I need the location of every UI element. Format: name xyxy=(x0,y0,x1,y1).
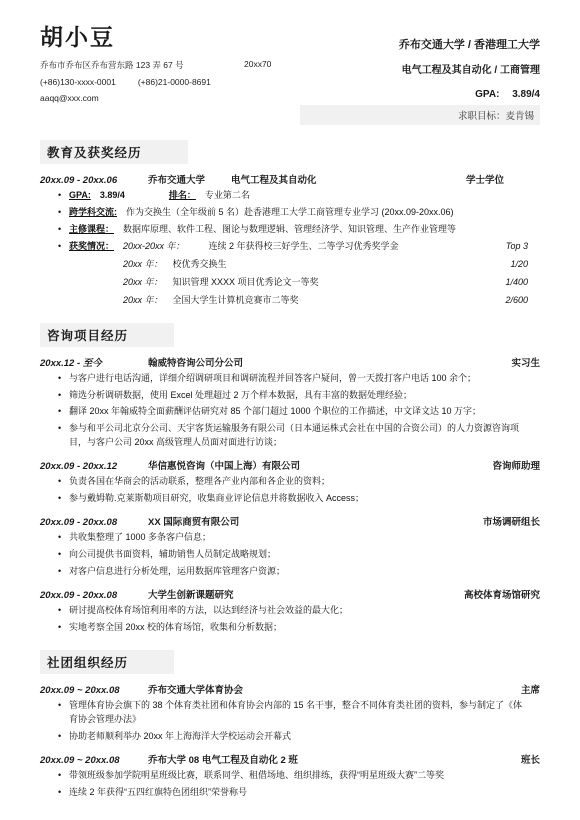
header-left: 胡小豆 乔布市乔布区乔布营东路 123 弄 67 号 20xx70 (+86)1… xyxy=(40,24,299,125)
entry-header: 20xx.12 - 至今 翰威特咨询公司分公司 实习生 xyxy=(40,355,540,369)
bullet-gpa: • GPA:3.89/4排名：专业第二名 xyxy=(58,189,528,203)
award-period: 20xx 年： xyxy=(123,276,163,290)
address: 乔布市乔布区乔布营东路 123 弄 67 号 xyxy=(40,59,222,73)
award-period: 20xx 年： xyxy=(123,294,163,308)
courses-row: 主修课程：数据库原理、软件工程、图论与数理逻辑、管理经济学、知识管理、生产作业管… xyxy=(69,223,528,237)
bullet-marker-icon: • xyxy=(58,565,69,579)
entry-org: 华信惠悦咨询（中国上海）有限公司 xyxy=(148,458,300,472)
entry-date: 20xx.09 - 20xx.08 xyxy=(40,517,132,528)
gpa-label: GPA: xyxy=(475,89,499,100)
section-title: 社团组织经历 xyxy=(40,650,174,674)
bullet-text: 参与和平公司北京分公司、天宇客货运输服务有限公司（日本通运株式会社在中国的合资公… xyxy=(69,422,528,450)
bullet-marker-icon: • xyxy=(58,206,69,220)
entry-org: 乔布大学 08 电气工程及自动化 2 班 xyxy=(148,752,298,766)
bullet-text: 管理体育协会旗下的 38 个体育类社团和体育协会内部的 15 名干事，整合不同体… xyxy=(69,699,528,727)
bullet-item: •负责各国在华商会的活动联系，整理各产业内部和各企业的资料； xyxy=(58,475,528,489)
bullet-exchange: • 跨学科交流:作为交换生（全年级前 5 名）赴香港理工大学工商管理专业学习 (… xyxy=(58,206,528,220)
bullet-item: •协助老师顺利举办 20xx 年上海海洋大学校运动会开幕式 xyxy=(58,730,528,744)
bullet-marker-icon: • xyxy=(58,621,69,635)
awards-label: 获奖情况： xyxy=(69,240,114,308)
entry-role: 咨询师助理 xyxy=(492,458,540,472)
club-entry: 20xx.09 ~ 20xx.08 乔布大学 08 电气工程及自动化 2 班 班… xyxy=(40,752,540,800)
bullet-marker-icon: • xyxy=(58,531,69,545)
header-right: 乔布交通大学 / 香港理工大学 电气工程及其自动化 / 工商管理 GPA: 3.… xyxy=(299,24,540,125)
award-row: 20xx 年： 校优秀交换生 1/20 xyxy=(123,258,528,272)
email: aaqq@xxx.com xyxy=(40,93,299,103)
rank-label: 排名： xyxy=(169,190,196,200)
bullet-text: 翻译 20xx 年翰威特全面薪酬评估研究对 85 个部门超过 1000 个职位的… xyxy=(69,405,528,419)
bullet-item: •管理体育协会旗下的 38 个体育类社团和体育协会内部的 15 名干事，整合不同… xyxy=(58,699,528,727)
entry-header: 20xx.09 - 20xx.08 XX 国际商贸有限公司 市场调研组长 xyxy=(40,514,540,528)
exchange-text: 作为交换生（全年级前 5 名）赴香港理工大学工商管理专业学习 (20xx.09-… xyxy=(126,207,454,217)
bullet-item: •带领班级参加学院明星班级比赛，联系同学、租借场地、组织排练，获得“明星班级大赛… xyxy=(58,769,528,783)
award-text: 连续 2 年获得校三好学生、二等学习优秀奖学金 xyxy=(209,240,399,254)
entry-role: 实习生 xyxy=(511,355,540,369)
bullet-text: 共收集整理了 1000 多条客户信息； xyxy=(69,531,528,545)
section-title: 咨询项目经历 xyxy=(40,323,174,347)
entry-bullets: •共收集整理了 1000 多条客户信息； •向公司提供书面资料，辅助销售人员制定… xyxy=(40,531,540,579)
gpa-value: 3.89/4 xyxy=(512,89,540,100)
section-title: 教育及获奖经历 xyxy=(40,140,188,164)
award-rank: 2/600 xyxy=(497,294,528,308)
award-row: 20xx 年： 知识管理 XXXX 项目优秀论文一等奖 1/400 xyxy=(123,276,528,290)
entry-role: 学士学位 xyxy=(466,172,504,186)
entry-date: 20xx.09 - 20xx.12 xyxy=(40,461,132,472)
bullet-marker-icon: • xyxy=(58,189,69,203)
entry-bullets: •管理体育协会旗下的 38 个体育类社团和体育协会内部的 15 名干事，整合不同… xyxy=(40,699,540,744)
bullet-item: •共收集整理了 1000 多条客户信息； xyxy=(58,531,528,545)
majors-line: 电气工程及其自动化 / 工商管理 xyxy=(299,61,540,76)
bullet-text: 参与戴姆勒.克莱斯勒项目研究，收集商业评论信息并将数据收入 Access； xyxy=(69,492,528,506)
entry-header: 20xx.09 - 20xx.08 大学生创新课题研究 高校体育场馆研究 xyxy=(40,587,540,601)
bullet-marker-icon: • xyxy=(58,240,69,308)
entry-header: 20xx.09 - 20xx.12 华信惠悦咨询（中国上海）有限公司 咨询师助理 xyxy=(40,458,540,472)
entry-detail: 电气工程及其自动化 xyxy=(231,172,317,186)
award-rank: 1/400 xyxy=(497,276,528,290)
bullet-marker-icon: • xyxy=(58,699,69,727)
bullet-text: 协助老师顺利举办 20xx 年上海海洋大学校运动会开幕式 xyxy=(69,730,528,744)
bullet-courses: • 主修课程：数据库原理、软件工程、图论与数理逻辑、管理经济学、知识管理、生产作… xyxy=(58,223,528,237)
entry-role: 主席 xyxy=(521,682,540,696)
bullet-item: •连续 2 年获得“五四红旗特色团组织”荣誉称号 xyxy=(58,786,528,800)
bullet-item: •与客户进行电话沟通，详细介绍调研项目和调研流程并回答客户疑问，曾一天拨打客户电… xyxy=(58,372,528,386)
phone-primary: (+86)130-xxxx-0001 xyxy=(40,77,116,87)
bullet-item: •筛选分析调研数据，使用 Excel 处理超过 2 万个样本数据，具有丰富的数据… xyxy=(58,389,528,403)
gpa-row-value: 3.89/4 xyxy=(100,190,125,200)
gpa-row: GPA:3.89/4排名：专业第二名 xyxy=(69,189,528,203)
award-text: 全国大学生计算机竞赛市二等奖 xyxy=(173,294,299,308)
education-bullets: • GPA:3.89/4排名：专业第二名 • 跨学科交流:作为交换生（全年级前 … xyxy=(40,189,540,308)
award-period: 20xx 年： xyxy=(123,258,163,272)
bullet-marker-icon: • xyxy=(58,492,69,506)
bullet-text: 研讨提高校体育场馆利用率的方法，以达到经济与社会效益的最大化； xyxy=(69,604,528,618)
bullet-text: 与客户进行电话沟通，详细介绍调研项目和调研流程并回答客户疑问，曾一天拨打客户电话… xyxy=(69,372,528,386)
entry-date: 20xx.12 - 至今 xyxy=(40,355,132,369)
gpa-row-label: GPA: xyxy=(69,190,91,200)
awards-list: 20xx-20xx 年： 连续 2 年获得校三好学生、二等学习优秀奖学金 Top… xyxy=(123,240,528,308)
bullet-marker-icon: • xyxy=(58,548,69,562)
resume-header: 胡小豆 乔布市乔布区乔布营东路 123 弄 67 号 20xx70 (+86)1… xyxy=(40,24,540,125)
address-row: 乔布市乔布区乔布营东路 123 弄 67 号 20xx70 xyxy=(40,59,299,73)
entry-date: 20xx.09 - 20xx.06 xyxy=(40,175,132,186)
bullet-text: 对客户信息进行分析处理，运用数据库管理客户资源； xyxy=(69,565,528,579)
entry-bullets: •带领班级参加学院明星班级比赛，联系同学、租借场地、组织排练，获得“明星班级大赛… xyxy=(40,769,540,800)
bullet-text: 连续 2 年获得“五四红旗特色团组织”荣誉称号 xyxy=(69,786,528,800)
bullet-marker-icon: • xyxy=(58,786,69,800)
postal-code: 20xx70 xyxy=(244,59,271,73)
bullet-item: •翻译 20xx 年翰威特全面薪酬评估研究对 85 个部门超过 1000 个职位… xyxy=(58,405,528,419)
bullet-text: 实地考察全国 20xx 校的体育场馆，收集和分析数据； xyxy=(69,621,528,635)
courses-text: 数据库原理、软件工程、图论与数理逻辑、管理经济学、知识管理、生产作业管理等 xyxy=(123,224,456,234)
entry-date: 20xx.09 ~ 20xx.08 xyxy=(40,755,132,766)
entry-role: 高校体育场馆研究 xyxy=(464,587,540,601)
entry-bullets: •研讨提高校体育场馆利用率的方法，以达到经济与社会效益的最大化； •实地考察全国… xyxy=(40,604,540,635)
bullet-marker-icon: • xyxy=(58,372,69,386)
bullet-text: 负责各国在华商会的活动联系，整理各产业内部和各企业的资料； xyxy=(69,475,528,489)
bullet-marker-icon: • xyxy=(58,223,69,237)
bullet-awards: • 获奖情况： 20xx-20xx 年： 连续 2 年获得校三好学生、二等学习优… xyxy=(58,240,528,308)
phone-secondary: (+86)21-0000-8691 xyxy=(138,77,211,87)
resume-page: 胡小豆 乔布市乔布区乔布营东路 123 弄 67 号 20xx70 (+86)1… xyxy=(0,0,580,820)
consulting-entry: 20xx.09 - 20xx.08 大学生创新课题研究 高校体育场馆研究 •研讨… xyxy=(40,587,540,635)
bullet-marker-icon: • xyxy=(58,405,69,419)
section-consulting: 咨询项目经历 20xx.12 - 至今 翰威特咨询公司分公司 实习生 •与客户进… xyxy=(40,323,540,635)
education-entry: 20xx.09 - 20xx.06 乔布交通大学 电气工程及其自动化 学士学位 … xyxy=(40,172,540,308)
entry-org: XX 国际商贸有限公司 xyxy=(148,514,239,528)
bullet-text: 筛选分析调研数据，使用 Excel 处理超过 2 万个样本数据，具有丰富的数据处… xyxy=(69,389,528,403)
entry-header: 20xx.09 ~ 20xx.08 乔布交通大学体育协会 主席 xyxy=(40,682,540,696)
exchange-label: 跨学科交流: xyxy=(69,207,117,217)
award-row: 20xx-20xx 年： 连续 2 年获得校三好学生、二等学习优秀奖学金 Top… xyxy=(123,240,528,254)
entry-header: 20xx.09 - 20xx.06 乔布交通大学 电气工程及其自动化 学士学位 xyxy=(40,172,540,186)
entry-date: 20xx.09 - 20xx.08 xyxy=(40,590,132,601)
award-row: 20xx 年： 全国大学生计算机竞赛市二等奖 2/600 xyxy=(123,294,528,308)
entry-role: 市场调研组长 xyxy=(483,514,540,528)
bullet-text: 向公司提供书面资料，辅助销售人员制定战略规划； xyxy=(69,548,528,562)
universities-line: 乔布交通大学 / 香港理工大学 xyxy=(299,36,540,52)
entry-org: 翰威特咨询公司分公司 xyxy=(148,355,243,369)
bullet-marker-icon: • xyxy=(58,769,69,783)
entry-date: 20xx.09 ~ 20xx.08 xyxy=(40,685,132,696)
award-period: 20xx-20xx 年： xyxy=(123,240,185,254)
entry-role: 班长 xyxy=(521,752,540,766)
entry-org: 乔布交通大学体育协会 xyxy=(148,682,243,696)
phone-row: (+86)130-xxxx-0001 (+86)21-0000-8691 xyxy=(40,77,299,87)
entry-org: 乔布交通大学 xyxy=(148,172,205,186)
bullet-marker-icon: • xyxy=(58,730,69,744)
exchange-row: 跨学科交流:作为交换生（全年级前 5 名）赴香港理工大学工商管理专业学习 (20… xyxy=(69,206,528,220)
club-entry: 20xx.09 ~ 20xx.08 乔布交通大学体育协会 主席 •管理体育协会旗… xyxy=(40,682,540,744)
bullet-item: •向公司提供书面资料，辅助销售人员制定战略规划； xyxy=(58,548,528,562)
bullet-marker-icon: • xyxy=(58,604,69,618)
bullet-marker-icon: • xyxy=(58,422,69,450)
entry-org: 大学生创新课题研究 xyxy=(148,587,234,601)
award-text: 知识管理 XXXX 项目优秀论文一等奖 xyxy=(173,276,319,290)
entry-bullets: •与客户进行电话沟通，详细介绍调研项目和调研流程并回答客户疑问，曾一天拨打客户电… xyxy=(40,372,540,451)
award-rank: 1/20 xyxy=(502,258,528,272)
award-rank: Top 3 xyxy=(498,240,528,254)
bullet-text: 带领班级参加学院明星班级比赛，联系同学、租借场地、组织排练，获得“明星班级大赛”… xyxy=(69,769,528,783)
bullet-item: •对客户信息进行分析处理，运用数据库管理客户资源； xyxy=(58,565,528,579)
consulting-entry: 20xx.09 - 20xx.12 华信惠悦咨询（中国上海）有限公司 咨询师助理… xyxy=(40,458,540,506)
bullet-marker-icon: • xyxy=(58,475,69,489)
bullet-item: •参与和平公司北京分公司、天宇客货运输服务有限公司（日本通运株式会社在中国的合资… xyxy=(58,422,528,450)
gpa-line: GPA: 3.89/4 xyxy=(299,89,540,100)
bullet-marker-icon: • xyxy=(58,389,69,403)
bullet-item: •研讨提高校体育场馆利用率的方法，以达到经济与社会效益的最大化； xyxy=(58,604,528,618)
section-clubs: 社团组织经历 20xx.09 ~ 20xx.08 乔布交通大学体育协会 主席 •… xyxy=(40,650,540,800)
rank-value: 专业第二名 xyxy=(205,190,250,200)
objective-badge: 求职目标：麦肯锡 xyxy=(300,105,540,125)
consulting-entry: 20xx.09 - 20xx.08 XX 国际商贸有限公司 市场调研组长 •共收… xyxy=(40,514,540,579)
candidate-name: 胡小豆 xyxy=(40,24,299,52)
entry-header: 20xx.09 ~ 20xx.08 乔布大学 08 电气工程及自动化 2 班 班… xyxy=(40,752,540,766)
entry-bullets: •负责各国在华商会的活动联系，整理各产业内部和各企业的资料； •参与戴姆勒.克莱… xyxy=(40,475,540,506)
section-education: 教育及获奖经历 20xx.09 - 20xx.06 乔布交通大学 电气工程及其自… xyxy=(40,140,540,308)
courses-label: 主修课程： xyxy=(69,224,114,234)
award-text: 校优秀交换生 xyxy=(173,258,227,272)
bullet-item: •实地考察全国 20xx 校的体育场馆，收集和分析数据； xyxy=(58,621,528,635)
bullet-item: •参与戴姆勒.克莱斯勒项目研究，收集商业评论信息并将数据收入 Access； xyxy=(58,492,528,506)
consulting-entry: 20xx.12 - 至今 翰威特咨询公司分公司 实习生 •与客户进行电话沟通，详… xyxy=(40,355,540,451)
